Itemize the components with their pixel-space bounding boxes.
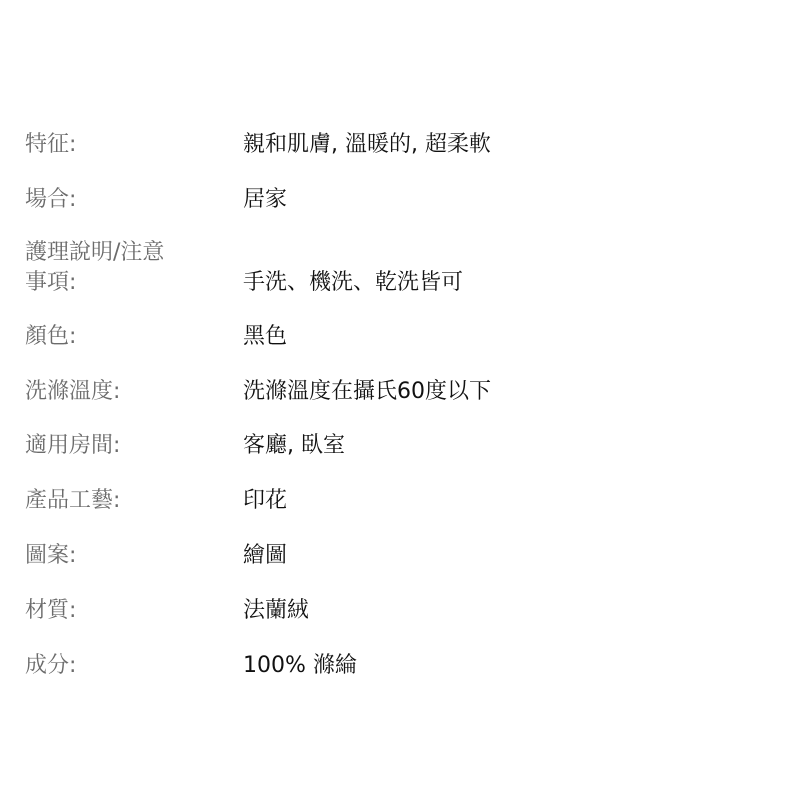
spec-label-line2: 事項:: [25, 268, 76, 298]
spec-value: 手洗、機洗、乾洗皆可: [243, 268, 463, 298]
spec-label: 場合:: [25, 185, 76, 215]
spec-label: 洗滌溫度:: [25, 377, 120, 407]
spec-value: 親和肌膚, 溫暖的, 超柔軟: [243, 130, 491, 160]
spec-label: 適用房間:: [25, 431, 120, 461]
spec-value: 客廳, 臥室: [243, 431, 345, 461]
spec-value: 繪圖: [243, 541, 287, 571]
spec-value: 居家: [243, 185, 287, 215]
spec-value: 印花: [243, 486, 287, 516]
spec-label: 顏色:: [25, 322, 76, 352]
spec-label: 成分:: [25, 651, 76, 681]
spec-label: 特征:: [25, 130, 76, 160]
spec-label: 產品工藝:: [25, 486, 120, 516]
spec-label-line1: 護理說明/注意: [25, 238, 164, 268]
spec-value: 洗滌溫度在攝氏60度以下: [243, 377, 491, 407]
product-spec-list: 特征: 親和肌膚, 溫暖的, 超柔軟 場合: 居家 護理說明/注意 事項: 手洗…: [0, 0, 800, 800]
spec-value: 法蘭絨: [243, 596, 309, 626]
spec-label: 材質:: [25, 596, 76, 626]
spec-value: 100% 滌綸: [243, 651, 357, 681]
spec-label: 圖案:: [25, 541, 76, 571]
spec-value: 黑色: [243, 322, 287, 352]
